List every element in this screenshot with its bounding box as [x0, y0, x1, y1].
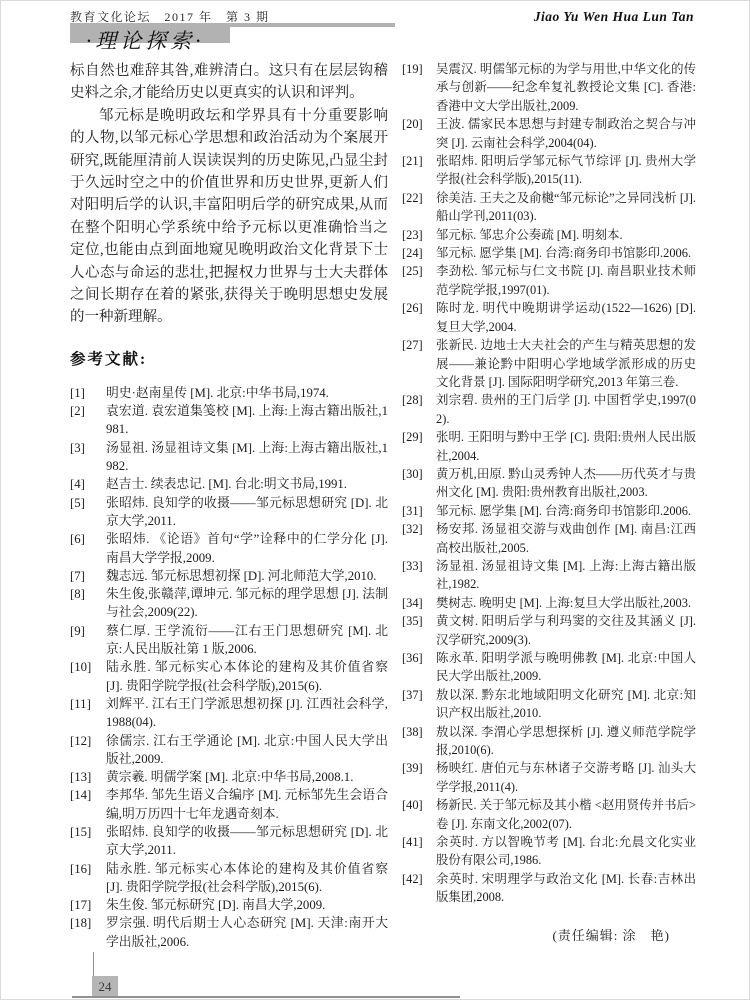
reference-text: 刘宗碧. 贵州的王门后学 [J]. 中国哲学史,1997(02). [436, 391, 696, 428]
reference-number: [23] [402, 226, 436, 244]
reference-text: 陆永胜. 邹元标实心本体论的建构及其价值省察 [J]. 贵阳学院学报(社会科学版… [106, 658, 388, 695]
reference-number: [41] [402, 833, 436, 870]
reference-item: [15] 张昭炜. 良知学的收摄——邹元标思想研究 [D]. 北京大学,2011… [70, 823, 388, 860]
reference-text: 邹元标. 愿学集 [M]. 台湾:商务印书馆影印.2006. [436, 244, 696, 262]
reference-text: 樊树志. 晚明史 [M]. 上海:复旦大学出版社,2003. [436, 594, 696, 612]
reference-number: [4] [70, 475, 106, 493]
reference-text: 李劲松. 邹元标与仁文书院 [J]. 南昌职业技术师范学院学报,1997(01)… [436, 262, 696, 299]
reference-text: 刘辉平. 江右王门学派思想初探 [J]. 江西社会科学,1988(04). [106, 695, 388, 732]
reference-item: [10] 陆永胜. 邹元标实心本体论的建构及其价值省察 [J]. 贵阳学院学报(… [70, 658, 388, 695]
section-title: ·理论探索· [86, 25, 205, 55]
reference-number: [39] [402, 759, 436, 796]
reference-number: [13] [70, 768, 106, 786]
reference-item: [30] 黄万机,田原. 黔山灵秀钟人杰——历代英才与贵州文化 [M]. 贵阳:… [402, 465, 696, 502]
editor-note: (责任编辑: 涂 艳) [402, 925, 696, 944]
reference-item: [1] 明史·赵南星传 [M]. 北京:中华书局,1974. [70, 384, 388, 402]
reference-item: [13] 黄宗羲. 明儒学案 [M]. 北京:中华书局,2008.1. [70, 768, 388, 786]
reference-text: 张明. 王阳明与黔中王学 [C]. 贵阳:贵州人民出版社,2004. [436, 428, 696, 465]
reference-item: [14] 李邦华. 邹先生语义合编序 [M]. 元标邹先生会语合编,明万历四十七… [70, 786, 388, 823]
reference-text: 张昭炜. 《论语》首句“学”诠释中的仁学分化 [J]. 南昌大学学报,2009. [106, 530, 388, 567]
reference-text: 邹元标. 愿学集 [M]. 台湾:商务印书馆影印.2006. [436, 502, 696, 520]
reference-text: 杨新民. 关于邹元标及其小楷 <赵用贤传并书后> 卷 [J]. 东南文化,200… [436, 796, 696, 833]
reference-number: [34] [402, 594, 436, 612]
reference-number: [12] [70, 732, 106, 769]
reference-text: 张新民. 边地士大夫社会的产生与精英思想的发展——兼论黔中阳明心学地域学派形成的… [436, 336, 696, 391]
reference-text: 敖以深. 李渭心学思想探析 [J]. 遵义师范学院学报,2010(6). [436, 723, 696, 760]
references-list-right: [19] 吴震汉. 明儒邹元标的为学与用世,中华文化的传承与创新——纪念牟复礼教… [402, 60, 696, 907]
article-body: 标自然也难辞其咎,难辨清白。这只有在层层钩稽史料之余,才能给历史以更真实的认识和… [70, 60, 696, 951]
reference-item: [12] 徐儒宗. 江右王学通论 [M]. 北京:中国人民大学出版社,2009. [70, 732, 388, 769]
reference-text: 朱生俊. 邹元标研究 [D]. 南昌大学,2009. [106, 896, 388, 914]
reference-text: 魏志远. 邹元标思想初探 [D]. 河北师范大学,2010. [106, 567, 388, 585]
reference-item: [31] 邹元标. 愿学集 [M]. 台湾:商务印书馆影印.2006. [402, 502, 696, 520]
reference-number: [30] [402, 465, 436, 502]
right-column: [19] 吴震汉. 明儒邹元标的为学与用世,中华文化的传承与创新——纪念牟复礼教… [402, 60, 696, 944]
reference-text: 杨映红. 唐伯元与东林诸子交游考略 [J]. 汕头大学学报,2011(4). [436, 759, 696, 796]
reference-item: [25] 李劲松. 邹元标与仁文书院 [J]. 南昌职业技术师范学院学报,199… [402, 262, 696, 299]
reference-number: [36] [402, 649, 436, 686]
reference-text: 蔡仁厚. 王学流衍——江右王门思想研究 [M]. 北京:人民出版社第 1 版,2… [106, 622, 388, 659]
reference-text: 陈永革. 阳明学派与晚明佛教 [M]. 北京:中国人民大学出版社,2009. [436, 649, 696, 686]
reference-number: [14] [70, 786, 106, 823]
reference-text: 邹元标. 邹忠介公奏疏 [M]. 明刻本. [436, 226, 696, 244]
reference-item: [21] 张昭炜. 阳明后学邹元标气节综评 [J]. 贵州大学学报(社会科学版)… [402, 152, 696, 189]
reference-number: [26] [402, 299, 436, 336]
reference-number: [25] [402, 262, 436, 299]
reference-number: [3] [70, 439, 106, 476]
body-paragraph: 邹元标是晚明政坛和学界具有十分重要影响的人物,以邹元标心学思想和政治活动为个案展… [70, 105, 388, 329]
reference-number: [17] [70, 896, 106, 914]
reference-number: [33] [402, 557, 436, 594]
reference-item: [29] 张明. 王阳明与黔中王学 [C]. 贵阳:贵州人民出版社,2004. [402, 428, 696, 465]
reference-text: 杨安邦. 汤显祖交游与戏曲创作 [M]. 南昌:江西高校出版社,2005. [436, 520, 696, 557]
page-number: 24 [99, 979, 112, 995]
reference-text: 黄万机,田原. 黔山灵秀钟人杰——历代英才与贵州文化 [M]. 贵阳:贵州教育出… [436, 465, 696, 502]
reference-text: 罗宗强. 明代后期士人心态研究 [M]. 天津:南开大学出版社,2006. [106, 914, 388, 951]
body-paragraph: 标自然也难辞其咎,难辨清白。这只有在层层钩稽史料之余,才能给历史以更真实的认识和… [70, 60, 388, 105]
reference-number: [38] [402, 723, 436, 760]
reference-number: [16] [70, 860, 106, 897]
reference-item: [37] 敖以深. 黔东北地域阳明文化研究 [M]. 北京:知识产权出版社,20… [402, 686, 696, 723]
reference-text: 汤显祖. 汤显祖诗文集 [M]. 上海:上海古籍出版社,1982. [436, 557, 696, 594]
reference-item: [32] 杨安邦. 汤显祖交游与戏曲创作 [M]. 南昌:江西高校出版社,200… [402, 520, 696, 557]
reference-item: [9] 蔡仁厚. 王学流衍——江右王门思想研究 [M]. 北京:人民出版社第 1… [70, 622, 388, 659]
reference-item: [18] 罗宗强. 明代后期士人心态研究 [M]. 天津:南开大学出版社,200… [70, 914, 388, 951]
reference-text: 陈时龙. 明代中晚期讲学运动(1522—1626) [D]. 复旦大学,2004… [436, 299, 696, 336]
reference-number: [21] [402, 152, 436, 189]
reference-item: [36] 陈永革. 阳明学派与晚明佛教 [M]. 北京:中国人民大学出版社,20… [402, 649, 696, 686]
reference-number: [27] [402, 336, 436, 391]
reference-text: 余英时. 宋明理学与政治文化 [M]. 长春:吉林出版集团,2008. [436, 870, 696, 907]
reference-number: [37] [402, 686, 436, 723]
reference-text: 赵吉士. 续表忠记. [M]. 台北:明文书局,1991. [106, 475, 388, 493]
reference-item: [24] 邹元标. 愿学集 [M]. 台湾:商务印书馆影印.2006. [402, 244, 696, 262]
reference-text: 陆永胜. 邹元标实心本体论的建构及其价值省察 [J]. 贵阳学院学报(社会科学版… [106, 860, 388, 897]
reference-item: [23] 邹元标. 邹忠介公奏疏 [M]. 明刻本. [402, 226, 696, 244]
reference-number: [24] [402, 244, 436, 262]
reference-text: 张昭炜. 良知学的收摄——邹元标思想研究 [D]. 北京大学,2011. [106, 823, 388, 860]
reference-item: [39] 杨映红. 唐伯元与东林诸子交游考略 [J]. 汕头大学学报,2011(… [402, 759, 696, 796]
reference-item: [38] 敖以深. 李渭心学思想探析 [J]. 遵义师范学院学报,2010(6)… [402, 723, 696, 760]
reference-item: [28] 刘宗碧. 贵州的王门后学 [J]. 中国哲学史,1997(02). [402, 391, 696, 428]
reference-number: [40] [402, 796, 436, 833]
reference-item: [35] 黄文树. 阳明后学与利玛窦的交往及其涵义 [J]. 汉学研究,2009… [402, 612, 696, 649]
page-number-box: 24 [92, 976, 118, 997]
reference-item: [27] 张新民. 边地士大夫社会的产生与精英思想的发展——兼论黔中阳明心学地域… [402, 336, 696, 391]
reference-text: 吴震汉. 明儒邹元标的为学与用世,中华文化的传承与创新——纪念牟复礼教授论文集 … [436, 60, 696, 115]
reference-item: [6] 张昭炜. 《论语》首句“学”诠释中的仁学分化 [J]. 南昌大学学报,2… [70, 530, 388, 567]
reference-item: [42] 余英时. 宋明理学与政治文化 [M]. 长春:吉林出版集团,2008. [402, 870, 696, 907]
reference-number: [19] [402, 60, 436, 115]
reference-number: [20] [402, 115, 436, 152]
reference-item: [7] 魏志远. 邹元标思想初探 [D]. 河北师范大学,2010. [70, 567, 388, 585]
reference-text: 黄宗羲. 明儒学案 [M]. 北京:中华书局,2008.1. [106, 768, 388, 786]
reference-number: [7] [70, 567, 106, 585]
reference-text: 李邦华. 邹先生语义合编序 [M]. 元标邹先生会语合编,明万历四十七年龙遇奇刻… [106, 786, 388, 823]
reference-number: [15] [70, 823, 106, 860]
reference-item: [26] 陈时龙. 明代中晚期讲学运动(1522—1626) [D]. 复旦大学… [402, 299, 696, 336]
reference-item: [8] 朱生俊,张赣萍,谭坤元. 邹元标的理学思想 [J]. 法制与社会,200… [70, 585, 388, 622]
reference-number: [9] [70, 622, 106, 659]
reference-item: [41] 余英时. 方以智晚节考 [M]. 台北:允晨文化实业股份有限公司,19… [402, 833, 696, 870]
reference-number: [29] [402, 428, 436, 465]
reference-item: [40] 杨新民. 关于邹元标及其小楷 <赵用贤传并书后> 卷 [J]. 东南文… [402, 796, 696, 833]
reference-number: [22] [402, 189, 436, 226]
reference-number: [42] [402, 870, 436, 907]
reference-text: 明史·赵南星传 [M]. 北京:中华书局,1974. [106, 384, 388, 402]
left-column: 标自然也难辞其咎,难辨清白。这只有在层层钩稽史料之余,才能给历史以更真实的认识和… [70, 60, 388, 951]
reference-text: 徐美洁. 王夫之及俞樾“邹元标论”之异同浅析 [J]. 船山学刊,2011(03… [436, 189, 696, 226]
reference-number: [10] [70, 658, 106, 695]
reference-number: [8] [70, 585, 106, 622]
reference-number: [35] [402, 612, 436, 649]
reference-number: [28] [402, 391, 436, 428]
reference-text: 黄文树. 阳明后学与利玛窦的交往及其涵义 [J]. 汉学研究,2009(3). [436, 612, 696, 649]
reference-text: 张昭炜. 阳明后学邹元标气节综评 [J]. 贵州大学学报(社会科学版),2015… [436, 152, 696, 189]
journal-title-pinyin: Jiao Yu Wen Hua Lun Tan [534, 9, 694, 25]
reference-item: [17] 朱生俊. 邹元标研究 [D]. 南昌大学,2009. [70, 896, 388, 914]
reference-item: [16] 陆永胜. 邹元标实心本体论的建构及其价值省察 [J]. 贵阳学院学报(… [70, 860, 388, 897]
reference-item: [22] 徐美洁. 王夫之及俞樾“邹元标论”之异同浅析 [J]. 船山学刊,20… [402, 189, 696, 226]
reference-text: 袁宏道. 袁宏道集笺校 [M]. 上海:上海古籍出版社,1981. [106, 402, 388, 439]
reference-text: 汤显祖. 汤显祖诗文集 [M]. 上海:上海古籍出版社,1982. [106, 439, 388, 476]
footer-tick-line [93, 952, 94, 977]
footer-rule [72, 996, 460, 998]
reference-item: [4] 赵吉士. 续表忠记. [M]. 台北:明文书局,1991. [70, 475, 388, 493]
reference-text: 张昭炜. 良知学的收摄——邹元标思想研究 [D]. 北京大学,2011. [106, 494, 388, 531]
reference-text: 王波. 儒家民本思想与封建专制政治之契合与冲突 [J]. 云南社会科学,2004… [436, 115, 696, 152]
reference-number: [1] [70, 384, 106, 402]
reference-number: [2] [70, 402, 106, 439]
reference-number: [18] [70, 914, 106, 951]
reference-text: 余英时. 方以智晚节考 [M]. 台北:允晨文化实业股份有限公司,1986. [436, 833, 696, 870]
reference-text: 敖以深. 黔东北地域阳明文化研究 [M]. 北京:知识产权出版社,2010. [436, 686, 696, 723]
section-banner: ·理论探索· [70, 23, 490, 63]
reference-number: [11] [70, 695, 106, 732]
references-list-left: [1] 明史·赵南星传 [M]. 北京:中华书局,1974. [2] 袁宏道. … [70, 384, 388, 951]
reference-item: [20] 王波. 儒家民本思想与封建专制政治之契合与冲突 [J]. 云南社会科学… [402, 115, 696, 152]
reference-item: [34] 樊树志. 晚明史 [M]. 上海:复旦大学出版社,2003. [402, 594, 696, 612]
reference-item: [11] 刘辉平. 江右王门学派思想初探 [J]. 江西社会科学,1988(04… [70, 695, 388, 732]
reference-item: [33] 汤显祖. 汤显祖诗文集 [M]. 上海:上海古籍出版社,1982. [402, 557, 696, 594]
reference-item: [2] 袁宏道. 袁宏道集笺校 [M]. 上海:上海古籍出版社,1981. [70, 402, 388, 439]
reference-number: [6] [70, 530, 106, 567]
reference-number: [32] [402, 520, 436, 557]
references-heading: 参考文献: [70, 347, 388, 369]
reference-number: [31] [402, 502, 436, 520]
reference-item: [19] 吴震汉. 明儒邹元标的为学与用世,中华文化的传承与创新——纪念牟复礼教… [402, 60, 696, 115]
reference-item: [3] 汤显祖. 汤显祖诗文集 [M]. 上海:上海古籍出版社,1982. [70, 439, 388, 476]
reference-text: 朱生俊,张赣萍,谭坤元. 邹元标的理学思想 [J]. 法制与社会,2009(22… [106, 585, 388, 622]
reference-number: [5] [70, 494, 106, 531]
reference-item: [5] 张昭炜. 良知学的收摄——邹元标思想研究 [D]. 北京大学,2011. [70, 494, 388, 531]
reference-text: 徐儒宗. 江右王学通论 [M]. 北京:中国人民大学出版社,2009. [106, 732, 388, 769]
